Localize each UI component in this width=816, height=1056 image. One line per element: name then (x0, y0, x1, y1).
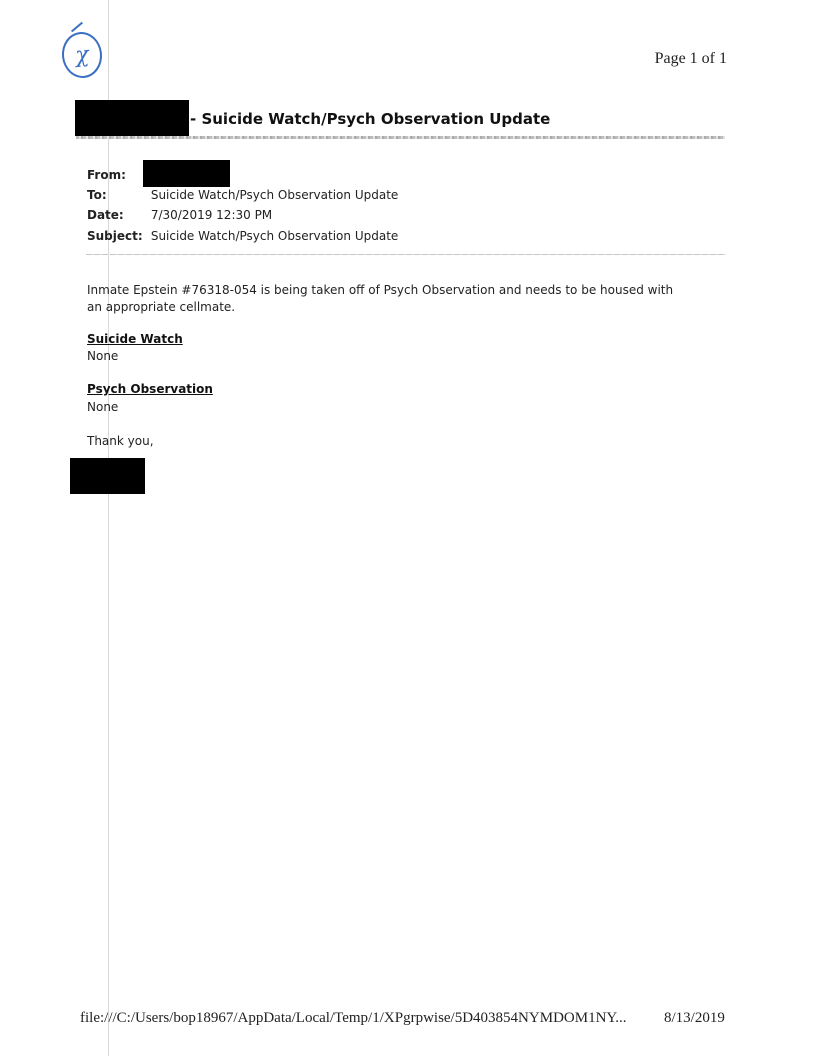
closing-text: Thank you, (87, 434, 154, 448)
handwritten-circled-mark: χ (60, 30, 105, 80)
to-label: To: (87, 188, 147, 202)
to-row: To: Suicide Watch/Psych Observation Upda… (87, 188, 398, 202)
to-value: Suicide Watch/Psych Observation Update (151, 188, 398, 202)
from-label: From: (87, 168, 147, 182)
redaction-title (75, 100, 189, 136)
subject-value: Suicide Watch/Psych Observation Update (151, 229, 398, 243)
header-divider (86, 254, 726, 255)
date-row: Date: 7/30/2019 12:30 PM (87, 208, 272, 222)
handwritten-mark-text: χ (74, 42, 90, 68)
redaction-signature (70, 458, 145, 494)
from-row: From: (87, 168, 147, 182)
subject-row: Subject: Suicide Watch/Psych Observation… (87, 229, 398, 243)
title-divider (76, 136, 725, 139)
footer-file-path: file:///C:/Users/bop18967/AppData/Local/… (80, 1010, 627, 1027)
date-label: Date: (87, 208, 147, 222)
message-body: Inmate Epstein #76318-054 is being taken… (87, 282, 687, 316)
page-indicator: Page 1 of 1 (655, 50, 727, 68)
section-value-suicide-watch: None (87, 349, 118, 363)
redaction-sender (143, 160, 230, 187)
section-title-psych-observation: Psych Observation (87, 382, 213, 396)
scan-margin-line (108, 0, 109, 1056)
subject-label: Subject: (87, 229, 147, 243)
document-title: - Suicide Watch/Psych Observation Update (190, 110, 550, 128)
section-title-suicide-watch: Suicide Watch (87, 332, 183, 346)
date-value: 7/30/2019 12:30 PM (151, 208, 272, 222)
handwritten-mark-stroke (71, 22, 83, 33)
footer-print-date: 8/13/2019 (664, 1010, 725, 1027)
section-value-psych-observation: None (87, 400, 118, 414)
